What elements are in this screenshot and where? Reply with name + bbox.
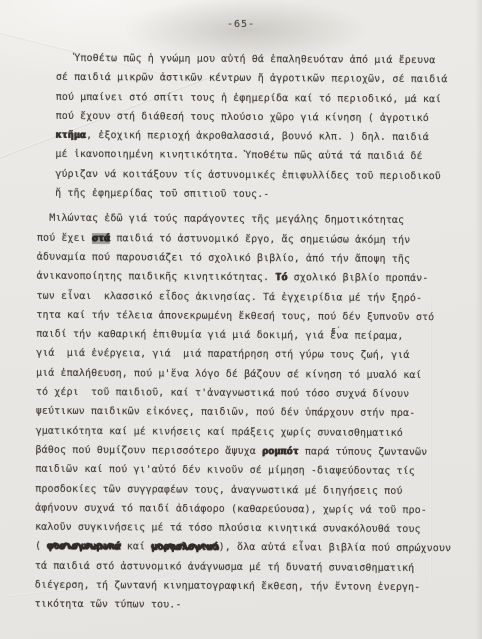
text-line: τικότητα τῶν τύπων του.- (35, 595, 465, 617)
text-line: παιδί τήν καθαρική ἐπιθυμία γιά μιά δοκι… (36, 325, 466, 347)
overtyped-text: κτῆμα (55, 130, 86, 141)
paragraph-1: Ὑποθέτω πῶς ἡ γνώμη μου αὐτή θά ἐπαληθευ… (55, 49, 468, 206)
text-line: προσδοκίες τῶν συγγραφέων τους, ἀναγνωστ… (35, 479, 465, 501)
text-line: καλοῦν συγκινήσεις μέ τά τόσο πλούσια κι… (35, 518, 465, 540)
text-line: ( φυσιογνωμικά καί μορφολογικά), ὅλα αὐτ… (35, 537, 465, 559)
typed-text: ), ὅλα αὐτά εἶναι βιβλία πού σπρώχνουν (219, 542, 452, 554)
typed-text: ψεύτικων παιδικῶν εἰκόνες, παιδιῶν, πού … (36, 406, 416, 419)
typed-text: ( (35, 541, 47, 552)
text-block: Ὑποθέτω πῶς ἡ γνώμη μου αὐτή θά ἐπαληθευ… (35, 49, 468, 617)
text-line: ἀνικανοποίητης παιδικῆς κινητικότητας. Τ… (37, 267, 467, 289)
typed-text: ἤ τῆς ἐφημερίδας τοῦ σπιτιοῦ τους.- (55, 188, 269, 200)
typed-text: γματικότητα καί μέ κινήσεις καί πράξεις … (36, 425, 403, 438)
typed-text: παιδιά τό ἀστυνομικό ἔργο, ἄς σημειώσω ἀ… (110, 233, 410, 246)
text-line: τά παιδιά στό ἀστυνομικό ἀνάγνωσμα μέ τή… (35, 556, 465, 578)
document-page: -65- Ὑποθέτω πῶς ἡ γνώμη μου αὐτή θά ἐπα… (0, 0, 482, 639)
text-line: κτῆμα, ἐξοχική περιοχή ἀκροθαλασσιά, βου… (55, 126, 467, 148)
typed-text: , ἐξοχική περιοχή ἀκροθαλασσιά, βουνό κλ… (86, 130, 429, 143)
typed-text: γιά μιά ἐνέργεια, γιά μιά παρατήρηση στή… (36, 348, 409, 361)
typed-text: παιδιῶν καί πού γι'αὐτό δέν κινοῦν σέ μί… (35, 464, 415, 477)
typed-text: πού ἔχει (37, 232, 92, 243)
text-line: γματικότητα καί μέ κινήσεις καί πράξεις … (36, 421, 466, 443)
text-line: γύριζαν νά κοιτάξουν τίς ἀστυνομικές ἐπι… (55, 165, 467, 187)
text-line: ἀδυναμία πού παρουσιάζει τό σχολικό βιβλ… (37, 248, 467, 270)
text-line: ψεύτικων παιδικῶν εἰκόνες, παιδιῶν, πού … (36, 402, 466, 424)
typed-text: παρά τύπους ζωντανῶν (299, 446, 428, 458)
text-line: ἤ τῆς ἐφημερίδας τοῦ σπιτιοῦ τους.- (55, 184, 467, 206)
overtyped-text: στά (92, 233, 110, 244)
typed-text: τό χέρι τοῦ παιδιοῦ, καί τ'ἀναγνωστικά π… (36, 387, 409, 400)
typed-text: καλοῦν συγκινήσεις μέ τά τόσο πλούσια κι… (35, 522, 421, 535)
typed-text: των εἶναι κλασσικό εἶδος ἀκινησίας. Τά ἐ… (36, 290, 422, 303)
overtyped-text: Τό (275, 272, 287, 283)
text-line: μιά ἐπαλήθευση, πού μ'ἕνα λόγο δέ βάζουν… (36, 363, 466, 385)
paragraph-2: Μιλώντας ἐδῶ γιά τούς παράγοντες τῆς μεγ… (35, 209, 467, 617)
text-line: πού ἔχουν στή διάθεσή τους πλούσιο χῶρο … (56, 107, 468, 129)
typed-text: μέ ἱκανοποιημένη κινητικότητα. Ὑποθέτω π… (55, 149, 422, 162)
text-line: πού ἔχει στά παιδιά τό ἀστυνομικό ἔργο, … (37, 228, 467, 250)
text-line: μέ ἱκανοποιημένη κινητικότητα. Ὑποθέτω π… (55, 145, 467, 167)
typed-text: ἀφήνουν συχνά τό παιδί ἀδιάφορο (καθαρεύ… (35, 503, 427, 516)
typed-text: ἀνικανοποίητης παιδικῆς κινητικότητας. (37, 271, 276, 283)
overtyped-text: ρομπότ (262, 446, 299, 457)
typed-text: βάθος πού θυμίζουν περισσότερο ἄψυχα (36, 445, 263, 457)
typed-text: σχολικό βιβλίο προπάν- (288, 272, 429, 284)
text-line: παιδιῶν καί πού γι'αὐτό δέν κινοῦν σέ μί… (35, 460, 465, 482)
typed-text: Μιλώντας ἐδῶ γιά τούς παράγοντες τῆς μεγ… (37, 213, 404, 226)
text-line: Μιλώντας ἐδῶ γιά τούς παράγοντες τῆς μεγ… (37, 209, 467, 231)
typed-text: σέ παιδιά μικρῶν ἀστικῶν κέντρων ἤ ἀγροτ… (56, 72, 448, 85)
text-line: βάθος πού θυμίζουν περισσότερο ἄψυχα ρομ… (35, 441, 465, 463)
typed-text: παιδί τήν καθαρική ἐπιθυμία γιά μιά δοκι… (36, 329, 330, 342)
text-line: τό χέρι τοῦ παιδιοῦ, καί τ'ἀναγνωστικά π… (36, 383, 466, 405)
typed-text: καί (121, 542, 152, 553)
typed-text: τικότητα τῶν τύπων του.- (35, 599, 182, 611)
text-line: τητα καί τήν τέλεια ἀπονεκρωμένη ἔκθεσή … (36, 306, 466, 328)
text-line: ἀφήνουν συχνά τό παιδί ἀδιάφορο (καθαρεύ… (35, 499, 465, 521)
text-line: διέγερση, τή ζωντανή κινηματογραφική ἔκθ… (35, 576, 465, 598)
text-line: των εἶναι κλασσικό εἶδος ἀκινησίας. Τά ἐ… (36, 286, 466, 308)
typed-text: προσδοκίες τῶν συγγραφέων τους, ἀναγνωστ… (35, 483, 402, 496)
typed-text: μιά ἐπαλήθευση, πού μ'ἕνα λόγο δέ βάζουν… (36, 367, 422, 380)
typed-text: πού μπαίνει στό σπίτι τους ἡ ἐφημερίδα κ… (56, 91, 442, 104)
page-number: -65- (0, 19, 482, 30)
text-line: πού μπαίνει στό σπίτι τους ἡ ἐφημερίδα κ… (56, 87, 468, 109)
overtyped-text: μορφολογικά (151, 542, 218, 553)
text-line: σέ παιδιά μικρῶν ἀστικῶν κέντρων ἤ ἀγροτ… (56, 68, 468, 90)
typed-text: τά παιδιά στό ἀστυνομικό ἀνάγνωσμα μέ τή… (35, 560, 415, 573)
typed-text: γύριζαν νά κοιτάξουν τίς ἀστυνομικές ἐπι… (55, 169, 441, 182)
typed-text: ἀδυναμία πού παρουσιάζει τό σχολικό βιβλ… (37, 252, 410, 265)
typed-text: πού ἔχουν στή διάθεσή τους πλούσιο χῶρο … (56, 111, 429, 124)
overtyped-text: φυσιογνωμικά (47, 541, 121, 552)
typed-text: Ὑποθέτω πῶς ἡ γνώμη μου αὐτή θά ἐπαληθευ… (56, 53, 436, 66)
typed-text: διέγερση, τή ζωντανή κινηματογραφική ἔκθ… (35, 580, 421, 593)
text-line: Ὑποθέτω πῶς ἡ γνώμη μου αὐτή θά ἐπαληθευ… (56, 49, 468, 71)
typed-text: τητα καί τήν τέλεια ἀπονεκρωμένη ἔκθεσή … (36, 310, 434, 323)
text-line: γιά μιά ἐνέργεια, γιά μιά παρατήρηση στή… (36, 344, 466, 366)
